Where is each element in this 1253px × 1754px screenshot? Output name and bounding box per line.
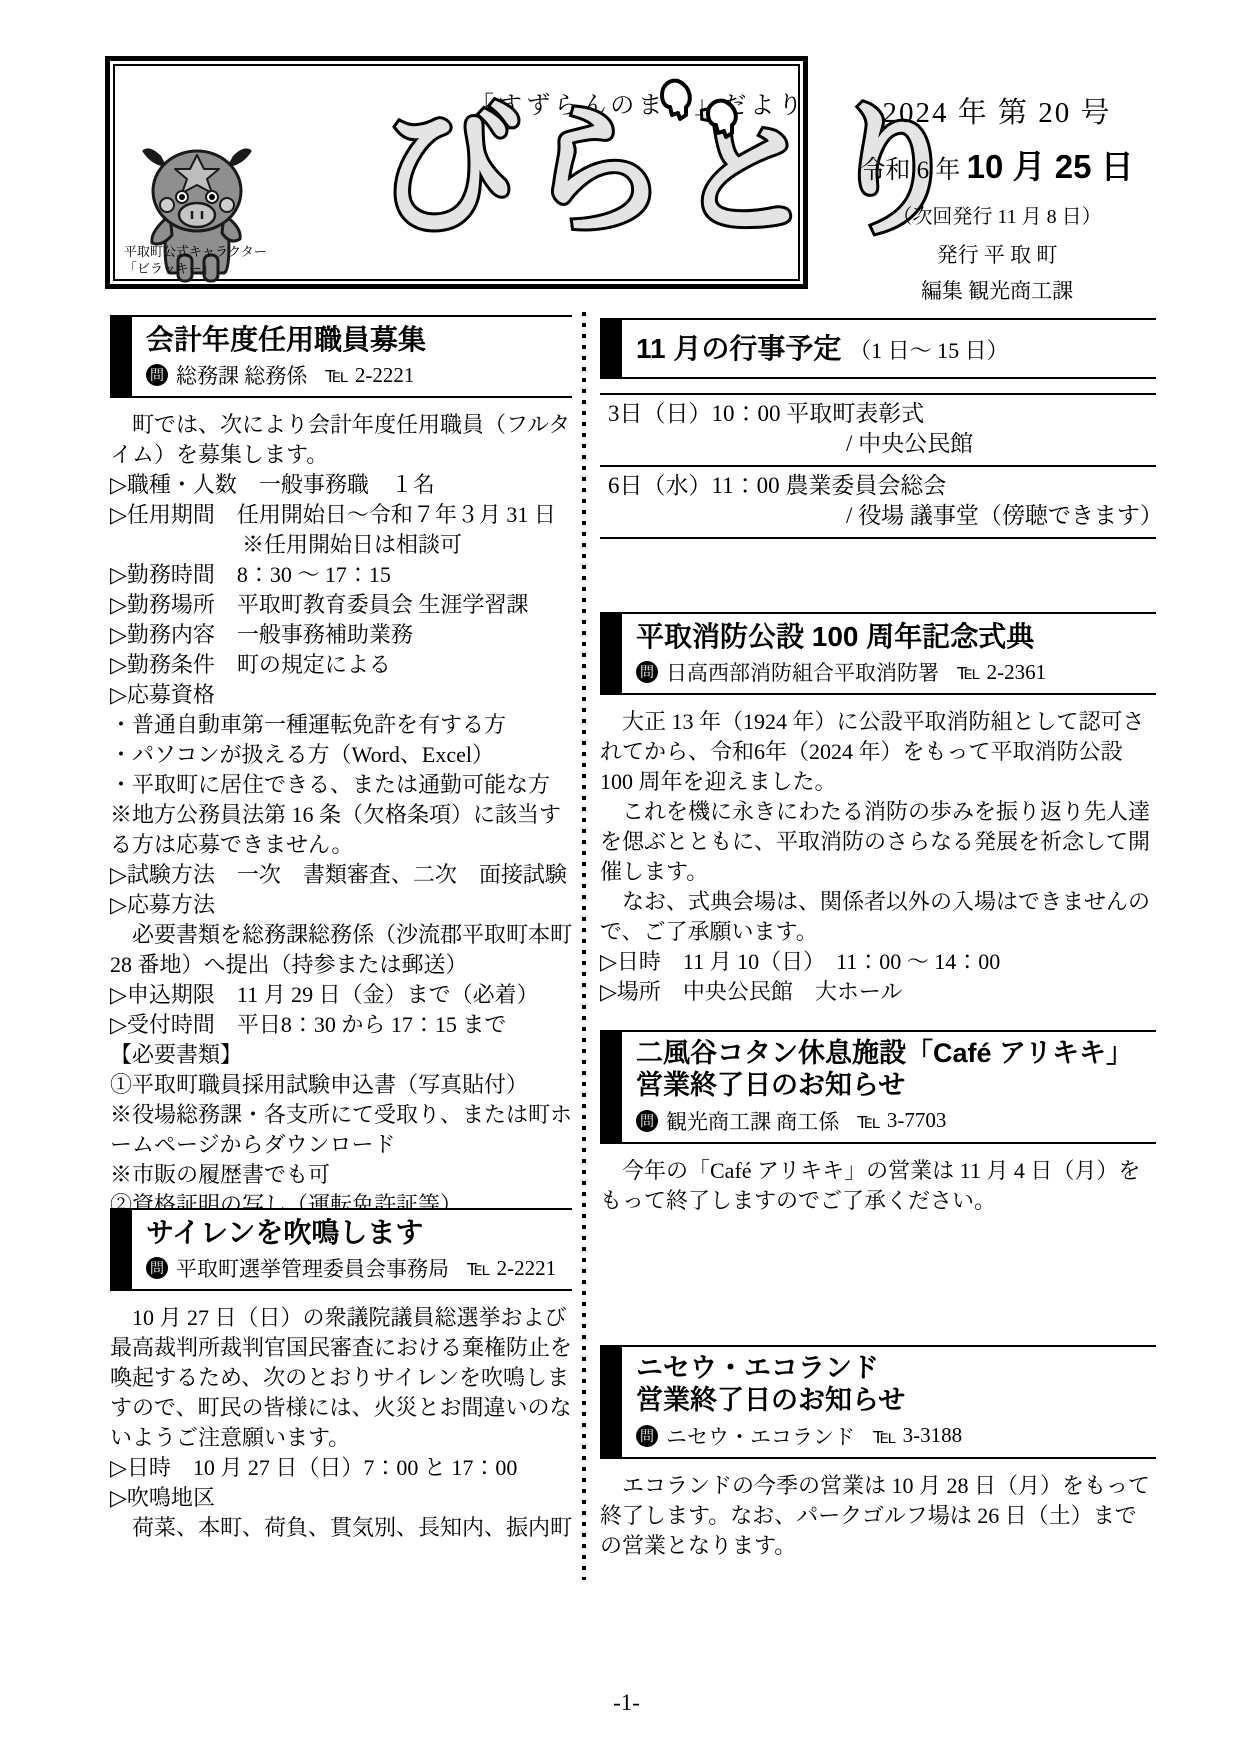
article-body: エコランドの今季の営業は 10 月 28 日（月）をもって終了します。なお、パー… — [600, 1471, 1156, 1561]
lily-of-the-valley-icon — [650, 67, 770, 145]
issue-date-era: 令和 6 年 — [860, 157, 960, 184]
page-number: -1- — [0, 1690, 1253, 1716]
body-line: ※役場総務課・各支所にて受取り、または町ホームページからダウンロード — [110, 1100, 572, 1160]
event-row: 3日（日）10：00 平取町表彰式 / 中央公民館 — [600, 395, 1156, 467]
body-line: 【必要書類】 — [110, 1040, 572, 1070]
event-datetime-title: 6日（水）11：00 農業委員会総会 — [608, 471, 1156, 501]
tel-icon: ℡ — [467, 1255, 491, 1281]
contact-phone: 3-3188 — [903, 1423, 963, 1448]
contact-phone: 3-7703 — [887, 1108, 947, 1133]
body-line: ※任用開始日は相談可 — [110, 530, 572, 560]
issue-date-day: 10 月 25 日 — [967, 148, 1134, 185]
inquiry-icon: 問 — [636, 1425, 658, 1447]
cafe-heading: 二風谷コタン休息施設「Café アリキキ」 営業終了日のお知らせ 問 観光商工課… — [600, 1030, 1156, 1144]
body-line: ・パソコンが扱える方（Word、Excel） — [110, 740, 572, 770]
body-line: 今年の「Café アリキキ」の営業は 11 月 4 日（月）をもって終了しますの… — [600, 1156, 1156, 1216]
article-siren-heading: サイレンを吹鳴します 問 平取町選挙管理委員会事務局 ℡ 2-2221 — [110, 1208, 572, 1291]
body-line: ▷勤務場所 平取町教育委員会 生涯学習課 — [110, 590, 572, 620]
body-line: ▷受付時間 平日8：30 から 17：15 まで — [110, 1010, 572, 1040]
body-line: ▷試験方法 一次 書類審査、二次 面接試験 — [110, 860, 572, 890]
right-column: 11 月の行事予定 （1 日～ 15 日） 3日（日）10：00 平取町表彰式 … — [600, 305, 1156, 1605]
section-fire-100th-anniversary: 平取消防公設 100 周年記念式典 問 日高西部消防組合平取消防署 ℡ 2-23… — [600, 612, 1156, 1007]
tel-icon: ℡ — [873, 1423, 897, 1449]
section-title: 平取消防公設 100 周年記念式典 — [636, 620, 1046, 653]
newsletter-page: 「すずらんのまち」だより びらとり — [0, 0, 1253, 1754]
event-row: 6日（水）11：00 農業委員会総会 / 役場 議事堂（傍聴できます） — [600, 467, 1156, 539]
heading-side-bar — [600, 320, 622, 377]
mascot-caption-line2: 「ビラッキー」 — [124, 260, 267, 278]
section-title-line1: ニセウ・エコランド — [636, 1353, 962, 1385]
tel-icon: ℡ — [325, 362, 349, 388]
body-line: ▷職種・人数 一般事務職 １名 — [110, 470, 572, 500]
contact-phone: 2-2361 — [987, 660, 1047, 685]
tel-icon: ℡ — [857, 1108, 881, 1134]
event-location: / 役場 議事堂（傍聴できます） — [608, 501, 1156, 531]
inquiry-icon: 問 — [146, 1257, 168, 1279]
tel-icon: ℡ — [957, 659, 981, 685]
section-title-line2: 営業終了日のお知らせ — [636, 1070, 1133, 1102]
issue-number: 2024 年 第 20 号 — [832, 90, 1162, 131]
heading-side-bar — [600, 614, 622, 693]
contact-line: 問 ニセウ・エコランド ℡ 3-3188 — [636, 1421, 962, 1451]
article-body: 大正 13 年（1924 年）に公設平取消防組として認可されてから、令和6年（2… — [600, 707, 1156, 1007]
body-line: ▷勤務内容 一般事務補助業務 — [110, 620, 572, 650]
body-line: 町では、次により会計年度任用職員（フルタイム）を募集します。 — [110, 410, 572, 470]
body-line: ▷勤務条件 町の規定による — [110, 650, 572, 680]
body-line: ①平取町職員採用試験申込書（写真貼付） — [110, 1070, 572, 1100]
niseu-heading: ニセウ・エコランド 営業終了日のお知らせ 問 ニセウ・エコランド ℡ 3-318… — [600, 1345, 1156, 1459]
body-line: 10 月 27 日（日）の衆議院議員総選挙および最高裁判所裁判官国民審査における… — [110, 1303, 572, 1453]
left-column: 会計年度任用職員募集 問 総務課 総務係 ℡ 2-2221 町では、次により会計… — [110, 305, 572, 1605]
body-line: ▷場所 中央公民館 大ホール — [600, 977, 1156, 1007]
mascot-caption: 平取町公式キャラクター 「ビラッキー」 — [124, 243, 267, 278]
section-niseu-ecoland-closing: ニセウ・エコランド 営業終了日のお知らせ 問 ニセウ・エコランド ℡ 3-318… — [600, 1345, 1156, 1561]
body-line: ※地方公務員法第 16 条（欠格条項）に該当する方は応募できません。 — [110, 800, 572, 860]
contact-line: 問 日高西部消防組合平取消防署 ℡ 2-2361 — [636, 657, 1046, 687]
section-cafe-arikiki-closing: 二風谷コタン休息施設「Café アリキキ」 営業終了日のお知らせ 問 観光商工課… — [600, 1030, 1156, 1216]
contact-line: 問 総務課 総務係 ℡ 2-2221 — [146, 360, 426, 390]
body-line: ▷勤務時間 8：30 ～ 17：15 — [110, 560, 572, 590]
issue-date: 令和 6 年 10 月 25 日 — [832, 141, 1162, 188]
article-recruitment-heading: 会計年度任用職員募集 問 総務課 総務係 ℡ 2-2221 — [110, 315, 572, 398]
body-line: ・普通自動車第一種運転免許を有する方 — [110, 710, 572, 740]
body-line: ▷申込期限 11 月 29 日（金）まで（必着） — [110, 980, 572, 1010]
body-line: ・平取町に居住できる、または通勤可能な方 — [110, 770, 572, 800]
event-location: / 中央公民館 — [608, 429, 1156, 459]
heading-side-bar — [110, 317, 132, 396]
mascot-caption-line1: 平取町公式キャラクター — [124, 243, 267, 261]
events-table: 3日（日）10：00 平取町表彰式 / 中央公民館 6日（水）11：00 農業委… — [600, 393, 1156, 539]
contact-department: 日高西部消防組合平取消防署 — [666, 657, 939, 687]
heading-side-bar — [600, 1032, 622, 1142]
inquiry-icon: 問 — [636, 1110, 658, 1132]
body-line: 必要書類を総務課総務係（沙流郡平取町本町 28 番地）へ提出（持参または郵送） — [110, 920, 572, 980]
contact-phone: 2-2221 — [355, 363, 415, 388]
heading-side-bar — [110, 1210, 132, 1289]
body-line: ▷吹鳴地区 — [110, 1483, 572, 1513]
section-november-events: 11 月の行事予定 （1 日～ 15 日） 3日（日）10：00 平取町表彰式 … — [600, 318, 1156, 539]
contact-line: 問 平取町選挙管理委員会事務局 ℡ 2-2221 — [146, 1253, 556, 1283]
events-heading: 11 月の行事予定 （1 日～ 15 日） — [600, 318, 1156, 379]
contact-department: 平取町選挙管理委員会事務局 — [176, 1253, 449, 1283]
contact-line: 問 観光商工課 商工係 ℡ 3-7703 — [636, 1106, 1133, 1136]
issue-info: 2024 年 第 20 号 令和 6 年 10 月 25 日 （次回発行 11 … — [832, 90, 1162, 305]
contact-department: ニセウ・エコランド — [666, 1421, 855, 1451]
editor-line: 編集 観光商工課 — [832, 275, 1162, 305]
body-line: ※市販の履歴書でも可 — [110, 1160, 572, 1190]
inquiry-icon: 問 — [146, 364, 168, 386]
article-title: サイレンを吹鳴します — [146, 1216, 556, 1249]
section-title-line2: 営業終了日のお知らせ — [636, 1385, 962, 1417]
body-line: 大正 13 年（1924 年）に公設平取消防組として認可されてから、令和6年（2… — [600, 707, 1156, 797]
fire-heading: 平取消防公設 100 周年記念式典 問 日高西部消防組合平取消防署 ℡ 2-23… — [600, 612, 1156, 695]
column-divider — [582, 312, 586, 1580]
body-line: エコランドの今季の営業は 10 月 28 日（月）をもって終了します。なお、パー… — [600, 1471, 1156, 1561]
contact-department: 観光商工課 商工係 — [666, 1106, 839, 1136]
event-datetime-title: 3日（日）10：00 平取町表彰式 — [608, 399, 1156, 429]
article-body: 今年の「Café アリキキ」の営業は 11 月 4 日（月）をもって終了しますの… — [600, 1156, 1156, 1216]
body-line: ▷日時 10 月 27 日（日）7：00 と 17：00 — [110, 1453, 572, 1483]
body-line: ▷任用期間 任用開始日～令和７年３月 31 日 — [110, 500, 572, 530]
heading-side-bar — [600, 1347, 622, 1457]
body-line: ▷日時 11 月 10（日） 11：00 ～ 14：00 — [600, 947, 1156, 977]
article-recruitment: 会計年度任用職員募集 問 総務課 総務係 ℡ 2-2221 町では、次により会計… — [110, 315, 572, 1220]
section-title-line1: 二風谷コタン休息施設「Café アリキキ」 — [636, 1038, 1133, 1070]
body-line: ▷応募方法 — [110, 890, 572, 920]
contact-department: 総務課 総務係 — [176, 360, 307, 390]
article-siren: サイレンを吹鳴します 問 平取町選挙管理委員会事務局 ℡ 2-2221 10 月… — [110, 1208, 572, 1543]
masthead-logo-box: 「すずらんのまち」だより びらとり — [105, 56, 808, 289]
body-line: これを機に永きにわたる消防の歩みを振り返り先人達を偲ぶとともに、平取消防のさらな… — [600, 797, 1156, 887]
next-issue-date: （次回発行 11 月 8 日） — [832, 200, 1162, 229]
article-body: 町では、次により会計年度任用職員（フルタイム）を募集します。▷職種・人数 一般事… — [110, 410, 572, 1220]
body-line: ▷応募資格 — [110, 680, 572, 710]
publisher-line: 発行 平 取 町 — [832, 239, 1162, 269]
contact-phone: 2-2221 — [497, 1256, 557, 1281]
body-line: 荷菜、本町、荷負、貫気別、長知内、振内町 — [110, 1513, 572, 1543]
article-body: 10 月 27 日（日）の衆議院議員総選挙および最高裁判所裁判官国民審査における… — [110, 1303, 572, 1543]
section-title-suffix: （1 日～ 15 日） — [849, 338, 1009, 363]
body-line: なお、式典会場は、関係者以外の入場はできませんので、ご了承願います。 — [600, 887, 1156, 947]
section-title: 11 月の行事予定 （1 日～ 15 日） — [636, 332, 1009, 365]
inquiry-icon: 問 — [636, 661, 658, 683]
article-title: 会計年度任用職員募集 — [146, 323, 426, 356]
